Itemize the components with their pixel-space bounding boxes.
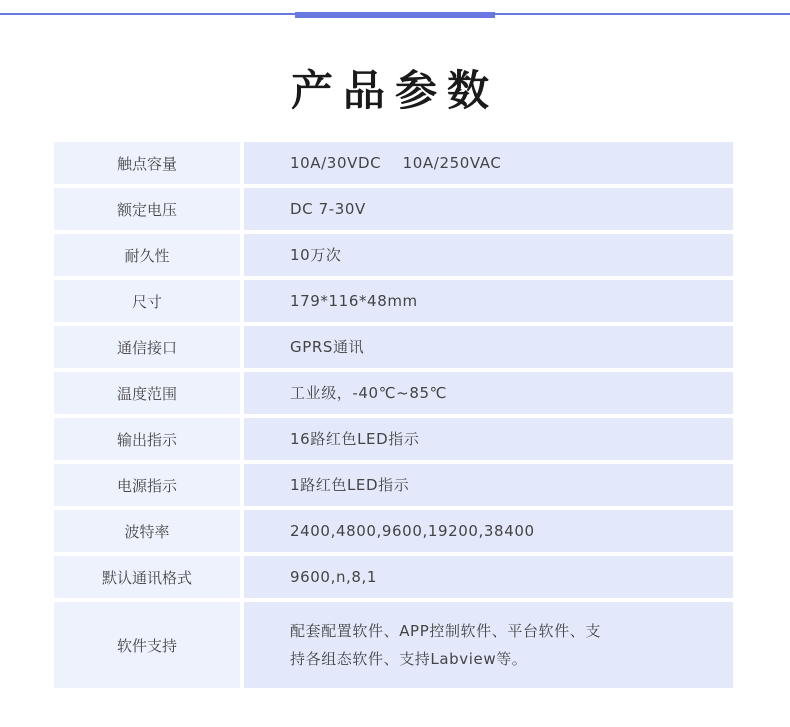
spec-value: GPRS通讯 (290, 333, 364, 361)
table-row: 温度范围工业级，-40℃~85℃ (54, 372, 733, 414)
table-row: 触点容量10A/30VDC 10A/250VAC (54, 142, 733, 184)
spec-value-cell: GPRS通讯 (244, 326, 733, 368)
spec-label: 耐久性 (54, 234, 240, 276)
table-row: 默认通讯格式9600,n,8,1 (54, 556, 733, 598)
spec-value: 2400,4800,9600,19200,38400 (290, 517, 535, 545)
spec-label: 软件支持 (54, 602, 240, 688)
spec-value: 10万次 (290, 241, 342, 269)
spec-label: 通信接口 (54, 326, 240, 368)
spec-label: 电源指示 (54, 464, 240, 506)
spec-label: 输出指示 (54, 418, 240, 460)
table-row: 通信接口GPRS通讯 (54, 326, 733, 368)
spec-value: 179*116*48mm (290, 287, 418, 315)
spec-value: 1路红色LED指示 (290, 471, 409, 499)
spec-value: 工业级，-40℃~85℃ (290, 379, 447, 407)
spec-value: 配套配置软件、APP控制软件、平台软件、支 持各组态软件、支持Labview等。 (290, 617, 601, 673)
spec-value-cell: 1路红色LED指示 (244, 464, 733, 506)
table-row: 输出指示16路红色LED指示 (54, 418, 733, 460)
spec-label: 额定电压 (54, 188, 240, 230)
header-accent-bar (295, 12, 495, 18)
spec-value: 10A/30VDC 10A/250VAC (290, 149, 501, 177)
spec-label: 波特率 (54, 510, 240, 552)
spec-table: 触点容量10A/30VDC 10A/250VAC额定电压DC 7-30V耐久性1… (54, 142, 733, 692)
table-row: 额定电压DC 7-30V (54, 188, 733, 230)
table-row: 软件支持配套配置软件、APP控制软件、平台软件、支 持各组态软件、支持Labvi… (54, 602, 733, 688)
spec-label: 默认通讯格式 (54, 556, 240, 598)
table-row: 尺寸179*116*48mm (54, 280, 733, 322)
spec-value: 16路红色LED指示 (290, 425, 419, 453)
table-row: 波特率2400,4800,9600,19200,38400 (54, 510, 733, 552)
spec-value-cell: 配套配置软件、APP控制软件、平台软件、支 持各组态软件、支持Labview等。 (244, 602, 733, 688)
spec-value-cell: 10A/30VDC 10A/250VAC (244, 142, 733, 184)
spec-value-cell: DC 7-30V (244, 188, 733, 230)
spec-value-cell: 179*116*48mm (244, 280, 733, 322)
spec-value-cell: 9600,n,8,1 (244, 556, 733, 598)
spec-label: 温度范围 (54, 372, 240, 414)
table-row: 耐久性10万次 (54, 234, 733, 276)
page-title: 产品参数 (0, 58, 790, 118)
spec-value-cell: 2400,4800,9600,19200,38400 (244, 510, 733, 552)
table-row: 电源指示1路红色LED指示 (54, 464, 733, 506)
spec-value: DC 7-30V (290, 195, 366, 223)
spec-label: 尺寸 (54, 280, 240, 322)
spec-value-cell: 工业级，-40℃~85℃ (244, 372, 733, 414)
spec-value-cell: 10万次 (244, 234, 733, 276)
spec-value: 9600,n,8,1 (290, 563, 377, 591)
spec-value-cell: 16路红色LED指示 (244, 418, 733, 460)
spec-label: 触点容量 (54, 142, 240, 184)
